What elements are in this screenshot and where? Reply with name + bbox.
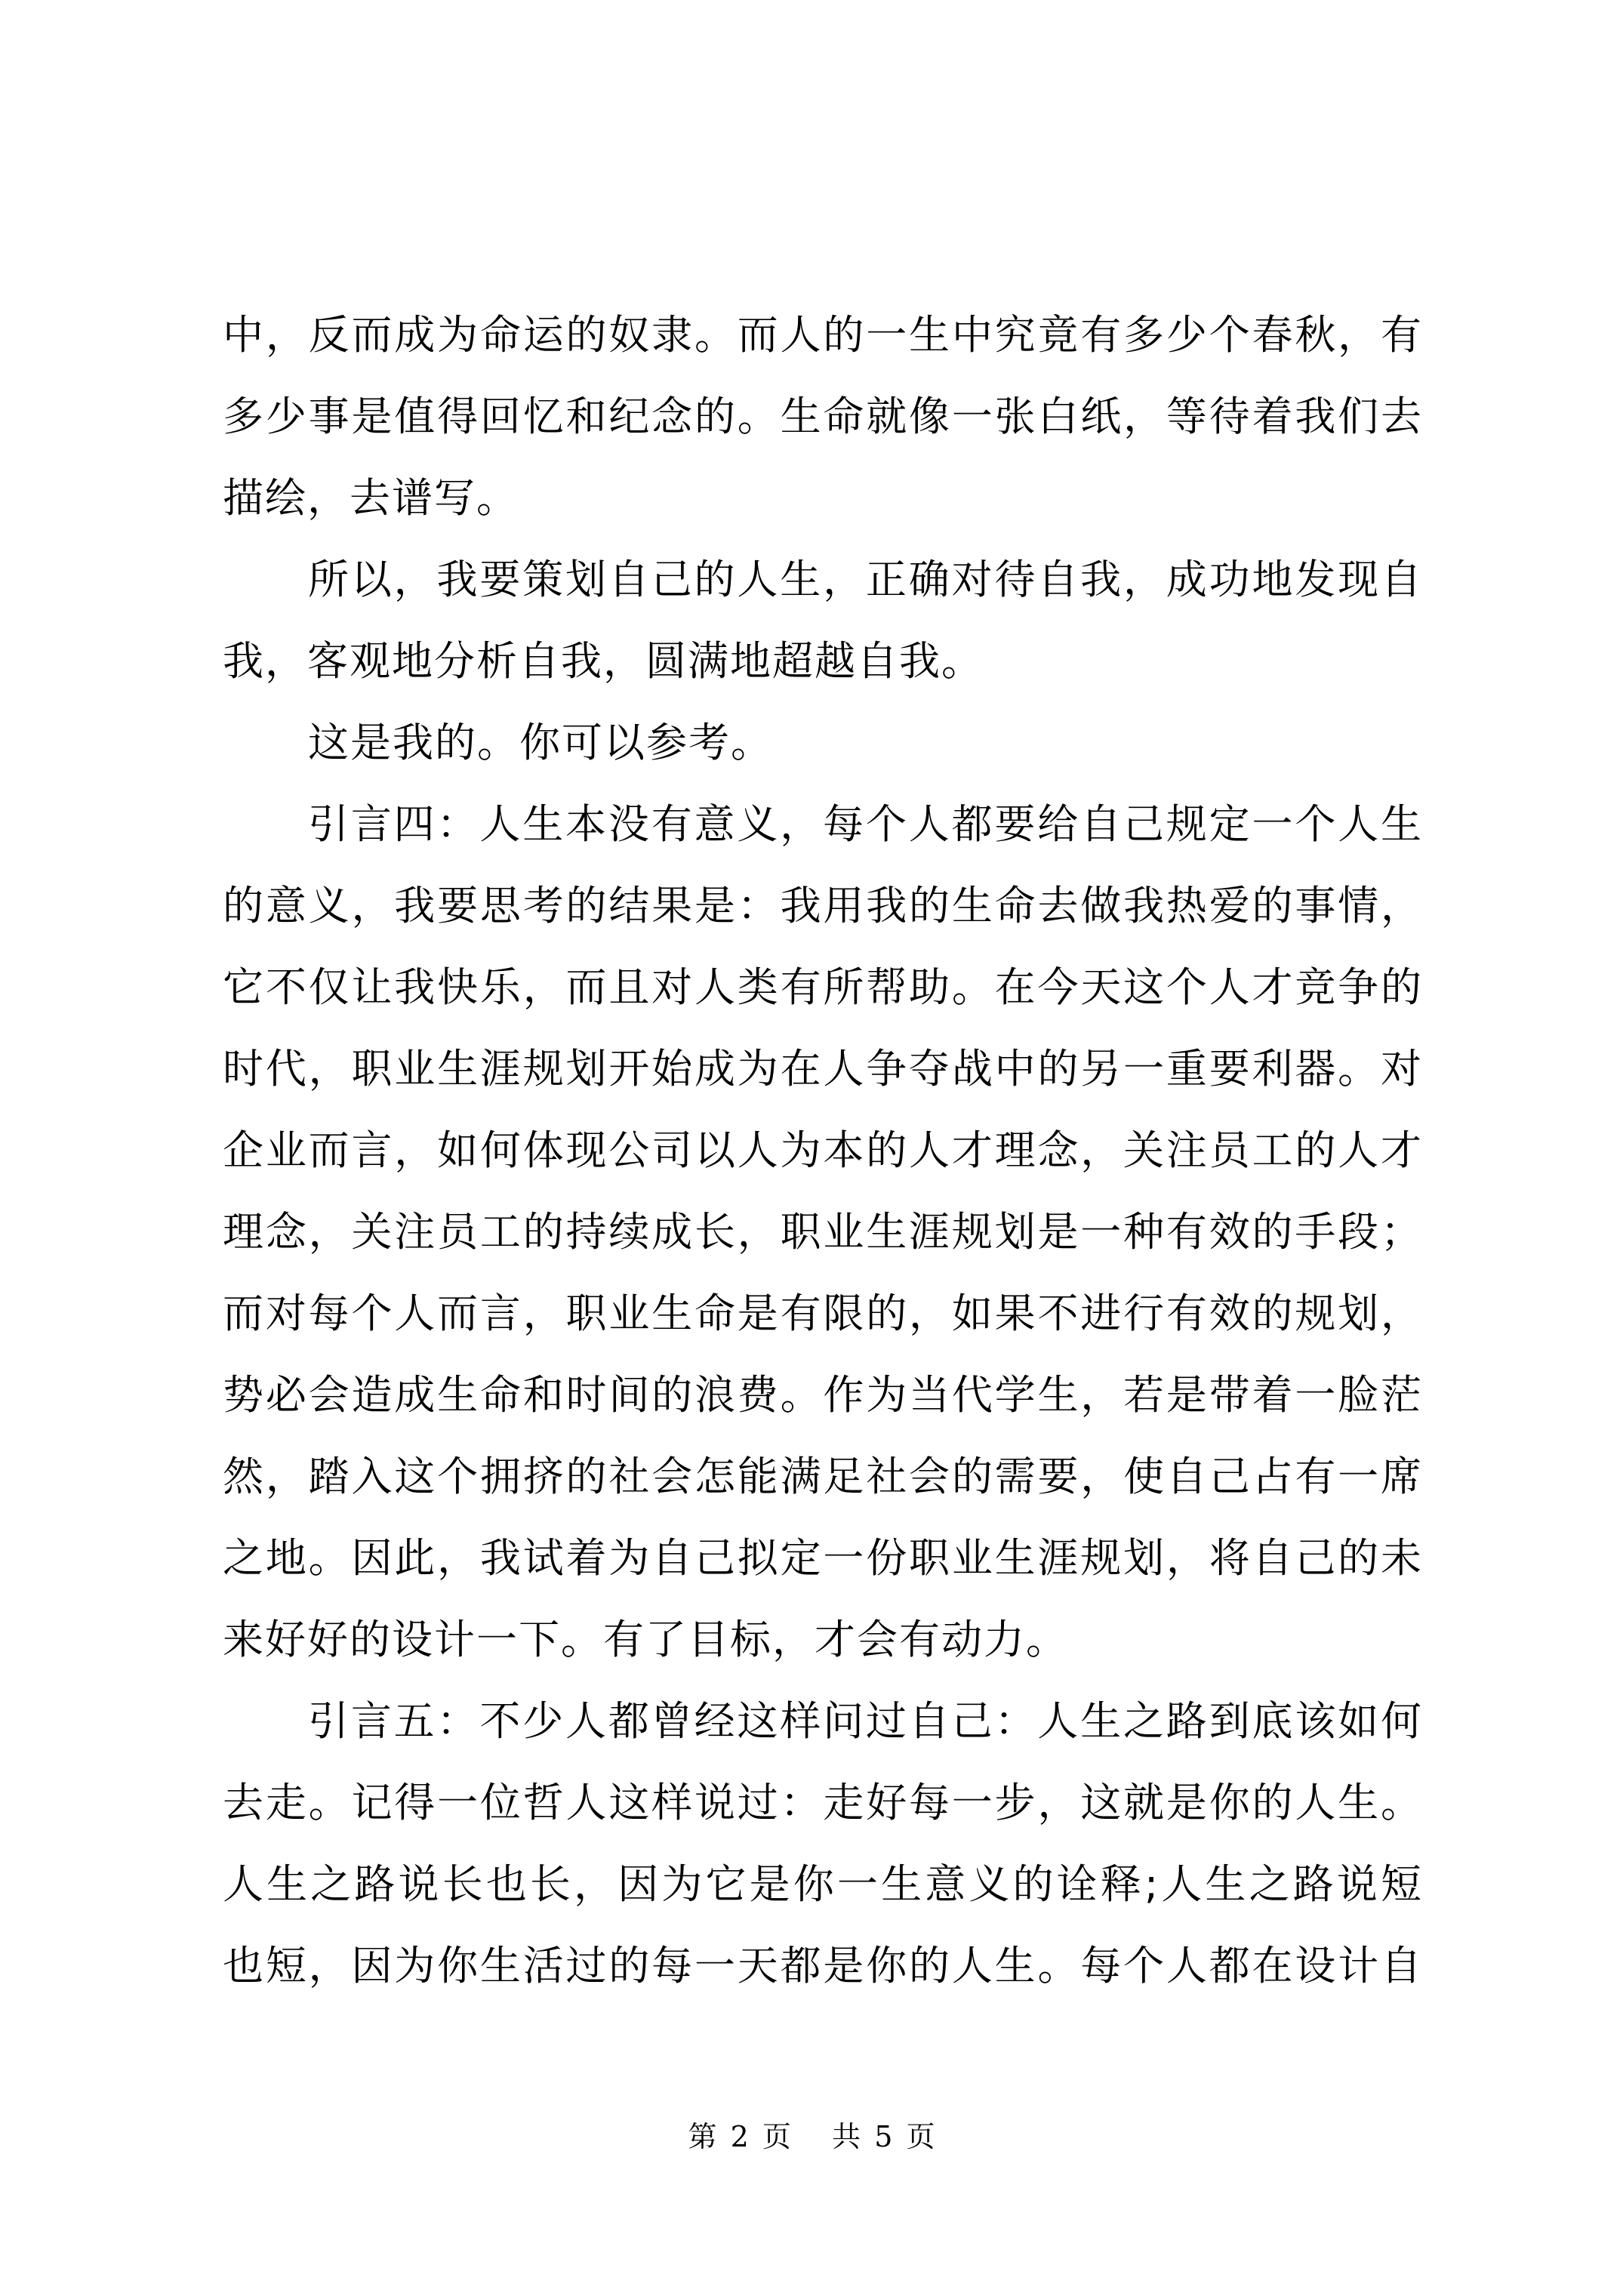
- total-pages-suffix: 页: [907, 2114, 935, 2159]
- text-line: 人生之路说长也长，因为它是你一生意义的诠释;人生之路说短: [223, 1844, 1421, 1925]
- paragraph-introduction-four: 引言四：人生本没有意义，每个人都要给自己规定一个人生 的意义，我要思考的结果是：…: [223, 784, 1421, 1681]
- text-line: 多少事是值得回忆和纪念的。生命就像一张白纸，等待着我们去: [223, 376, 1421, 458]
- page-number-prefix: 第: [688, 2114, 716, 2159]
- page-footer: 第 2 页 共 5 页: [0, 2114, 1623, 2159]
- paragraph-reference-note: 这是我的。你可以参考。: [223, 702, 1421, 784]
- current-page-number: 2: [731, 2114, 749, 2159]
- document-page: 中，反而成为命运的奴隶。而人的一生中究竟有多少个春秋，有 多少事是值得回忆和纪念…: [0, 0, 1623, 2296]
- text-line: 然，踏入这个拥挤的社会怎能满足社会的需要，使自己占有一席: [223, 1436, 1421, 1518]
- text-line: 去走。记得一位哲人这样说过：走好每一步，这就是你的人生。: [223, 1762, 1421, 1844]
- text-line: 也短，因为你生活过的每一天都是你的人生。每个人都在设计自: [223, 1925, 1421, 2007]
- text-line: 我，客观地分析自我，圆满地超越自我。: [223, 621, 1421, 702]
- text-line: 企业而言，如何体现公司以人为本的人才理念，关注员工的人才: [223, 1110, 1421, 1191]
- paragraph-introduction-five: 引言五：不少人都曾经这样问过自己：人生之路到底该如何 去走。记得一位哲人这样说过…: [223, 1681, 1421, 2007]
- text-line: 的意义，我要思考的结果是：我用我的生命去做我热爱的事情，: [223, 865, 1421, 947]
- text-line: 之地。因此，我试着为自己拟定一份职业生涯规划，将自己的未: [223, 1518, 1421, 1599]
- paragraph-self-planning: 所以，我要策划自己的人生，正确对待自我，成功地发现自 我，客观地分析自我，圆满地…: [223, 539, 1421, 702]
- page-number-suffix: 页: [762, 2114, 791, 2159]
- text-line: 而对每个人而言，职业生命是有限的，如果不进行有效的规划，: [223, 1273, 1421, 1354]
- paragraph-continuation: 中，反而成为命运的奴隶。而人的一生中究竟有多少个春秋，有 多少事是值得回忆和纪念…: [223, 294, 1421, 539]
- text-line: 引言五：不少人都曾经这样问过自己：人生之路到底该如何: [223, 1681, 1421, 1762]
- text-line: 所以，我要策划自己的人生，正确对待自我，成功地发现自: [223, 539, 1421, 621]
- text-line: 这是我的。你可以参考。: [223, 702, 1421, 784]
- total-pages-number: 5: [874, 2114, 892, 2159]
- text-line: 它不仅让我快乐，而且对人类有所帮助。在今天这个人才竞争的: [223, 947, 1421, 1028]
- total-pages-prefix: 共: [832, 2114, 861, 2159]
- document-body: 中，反而成为命运的奴隶。而人的一生中究竟有多少个春秋，有 多少事是值得回忆和纪念…: [223, 294, 1421, 2007]
- text-line: 势必会造成生命和时间的浪费。作为当代学生，若是带着一脸茫: [223, 1354, 1421, 1436]
- text-line: 时代，职业生涯规划开始成为在人争夺战中的另一重要利器。对: [223, 1028, 1421, 1110]
- text-line: 理念，关注员工的持续成长，职业生涯规划是一种有效的手段；: [223, 1191, 1421, 1273]
- text-line: 中，反而成为命运的奴隶。而人的一生中究竟有多少个春秋，有: [223, 294, 1421, 376]
- text-line: 描绘，去谱写。: [223, 458, 1421, 539]
- text-line: 来好好的设计一下。有了目标，才会有动力。: [223, 1599, 1421, 1681]
- text-line: 引言四：人生本没有意义，每个人都要给自己规定一个人生: [223, 784, 1421, 865]
